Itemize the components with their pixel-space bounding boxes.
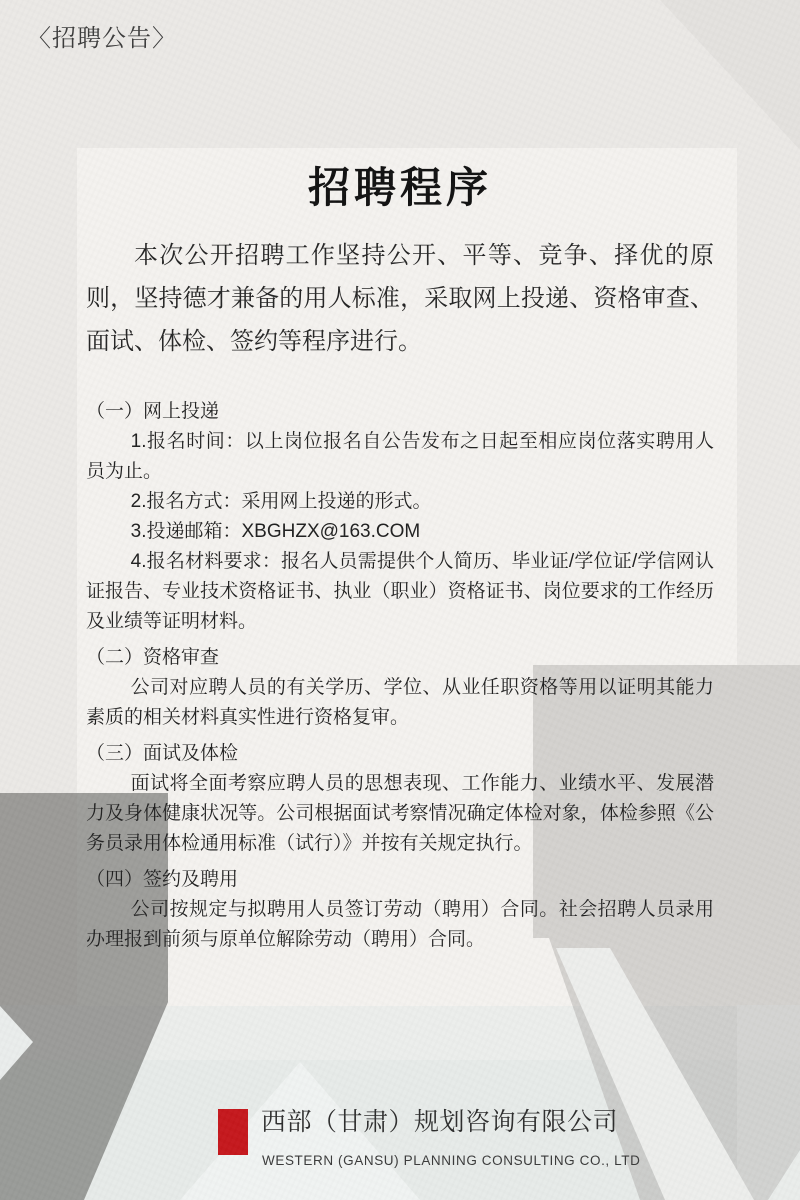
recruitment-tag: 〈招聘公告〉	[27, 18, 177, 53]
section-heading-2: （二）资格审查	[86, 643, 714, 673]
company-name-en: WESTERN (GANSU) PLANNING CONSULTING CO.,…	[262, 1152, 640, 1170]
section-heading-1: （一）网上投递	[86, 397, 714, 427]
section-1-item-2: 2.报名方式：采用网上投递的形式。	[86, 487, 714, 517]
section-2-item-1: 公司对应聘人员的有关学历、学位、从业任职资格等用以证明其能力素质的相关材料真实性…	[86, 673, 714, 733]
section-4-item-1: 公司按规定与拟聘用人员签订劳动（聘用）合同。社会招聘人员录用办理报到前须与原单位…	[86, 895, 714, 955]
intro-paragraph: 本次公开招聘工作坚持公开、平等、竞争、择优的原则，坚持德才兼备的用人标准，采取网…	[86, 234, 714, 363]
section-1-item-1: 1.报名时间：以上岗位报名自公告发布之日起至相应岗位落实聘用人员为止。	[86, 427, 714, 487]
poster-title: 招聘程序	[86, 162, 714, 214]
section-1-item-3: 3.投递邮箱：XBGHZX@163.COM	[86, 517, 714, 547]
section-3-item-1: 面试将全面考察应聘人员的思想表现、工作能力、业绩水平、发展潜力及身体健康状况等。…	[86, 769, 714, 859]
section-heading-4: （四）签约及聘用	[86, 865, 714, 895]
section-heading-3: （三）面试及体检	[86, 739, 714, 769]
company-logo-mark	[218, 1109, 248, 1155]
procedure-body: （一）网上投递 1.报名时间：以上岗位报名自公告发布之日起至相应岗位落实聘用人员…	[86, 397, 714, 955]
section-1-item-4: 4.报名材料要求：报名人员需提供个人简历、毕业证/学位证/学信网认证报告、专业技…	[86, 547, 714, 637]
card-content: 招聘程序 本次公开招聘工作坚持公开、平等、竞争、择优的原则，坚持德才兼备的用人标…	[86, 148, 714, 955]
company-name-cn: 西部（甘肃）规划咨询有限公司	[261, 1105, 618, 1139]
recruitment-poster: 〈招聘公告〉 招聘程序 本次公开招聘工作坚持公开、平等、竞争、择优的原则，坚持德…	[0, 0, 800, 1200]
